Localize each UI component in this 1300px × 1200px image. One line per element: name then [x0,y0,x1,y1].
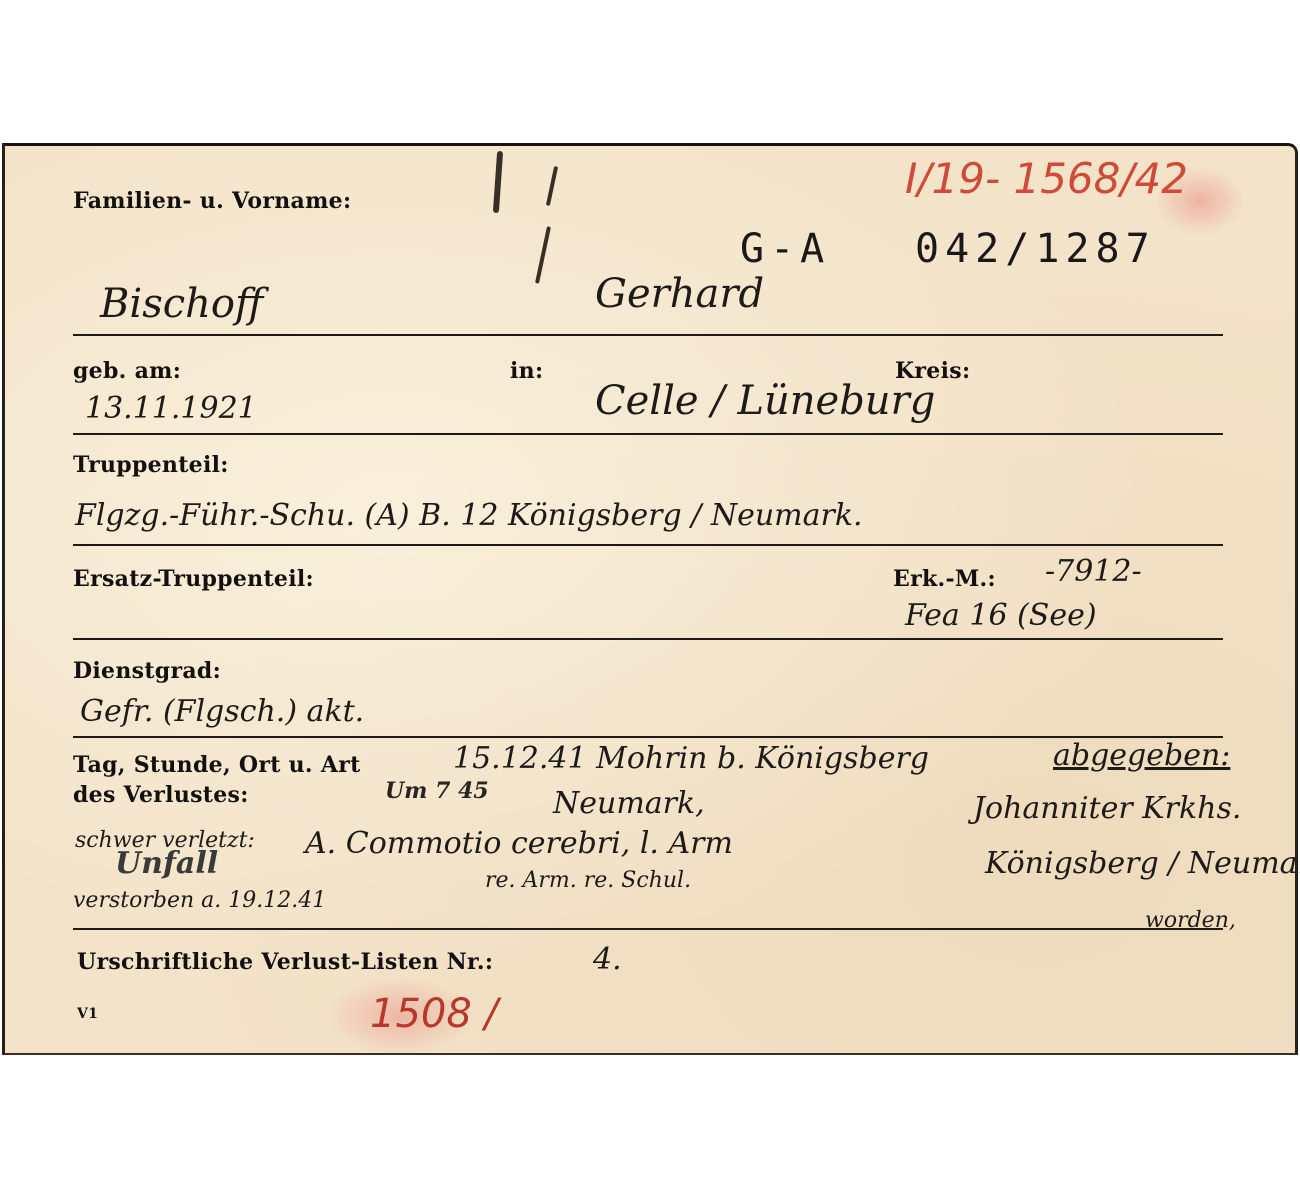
handed-over-line1: Johanniter Krkhs. [973,791,1241,826]
name-label: Familien- u. Vorname: [73,188,351,214]
form-code: V1 [77,1006,98,1022]
ink-mark [493,151,503,213]
loss-diagnosis-line1: A. Commotio cerebri, l. Arm [305,826,733,861]
loss-diagnosis-line2: re. Arm. re. Schul. [485,868,691,893]
archive-stamp-prefix: G-A [740,226,830,272]
handed-over-line2: Königsberg / Neumark. [985,846,1300,881]
loss-date-place: 15.12.41 Mohrin b. Königsberg [453,741,929,776]
rank-label: Dienstgrad: [73,658,221,684]
red-loss-list-number: 1508 / [370,991,498,1037]
surname-value: Bischoff [100,281,263,327]
unit-underline [73,544,1223,546]
replacement-unit-label: Ersatz-Truppenteil: [73,566,314,592]
rank-value: Gefr. (Flgsch.) akt. [80,694,364,729]
rank-underline [73,736,1223,738]
birth-place-value: Celle / Lüneburg [595,378,935,424]
archive-stamp-number: 042/1287 [915,226,1156,272]
birth-underline [73,433,1223,435]
handed-over-label: abgegeben: [1053,738,1230,773]
replacement-unit-underline [73,638,1223,640]
birth-date-value: 13.11.1921 [85,391,257,426]
loss-label-line2: des Verlustes: [73,782,249,808]
birth-place-label: in: [510,358,543,384]
unit-value: Flgzg.-Führ.-Schu. (A) B. 12 Königsberg … [75,498,863,533]
loss-list-label: Urschriftliche Verlust-Listen Nr.: [77,949,493,975]
loss-time-note: Um 7 45 [385,778,489,804]
name-underline [73,334,1223,336]
id-tag-value-line2: Fea 16 (See) [905,598,1097,633]
birth-date-label: geb. am: [73,358,181,384]
loss-underline [73,928,1223,930]
casualty-index-card: Familien- u. Vorname: I/19- 1568/42 G-A … [2,143,1298,1055]
red-reference-number: I/19- 1568/42 [905,154,1188,203]
ink-mark [546,166,558,206]
loss-label-line1: Tag, Stunde, Ort u. Art [73,752,361,778]
given-name-value: Gerhard [595,271,764,317]
loss-list-value: 4. [593,942,622,977]
loss-place-line2: Neumark, [553,786,705,821]
loss-side-note-accident: Unfall [115,846,218,881]
id-tag-value: -7912- [1045,554,1142,589]
ink-mark [535,226,551,284]
loss-side-note-died: verstorben a. 19.12.41 [73,888,326,913]
id-tag-label: Erk.-M.: [893,566,996,592]
unit-label: Truppenteil: [73,452,229,478]
